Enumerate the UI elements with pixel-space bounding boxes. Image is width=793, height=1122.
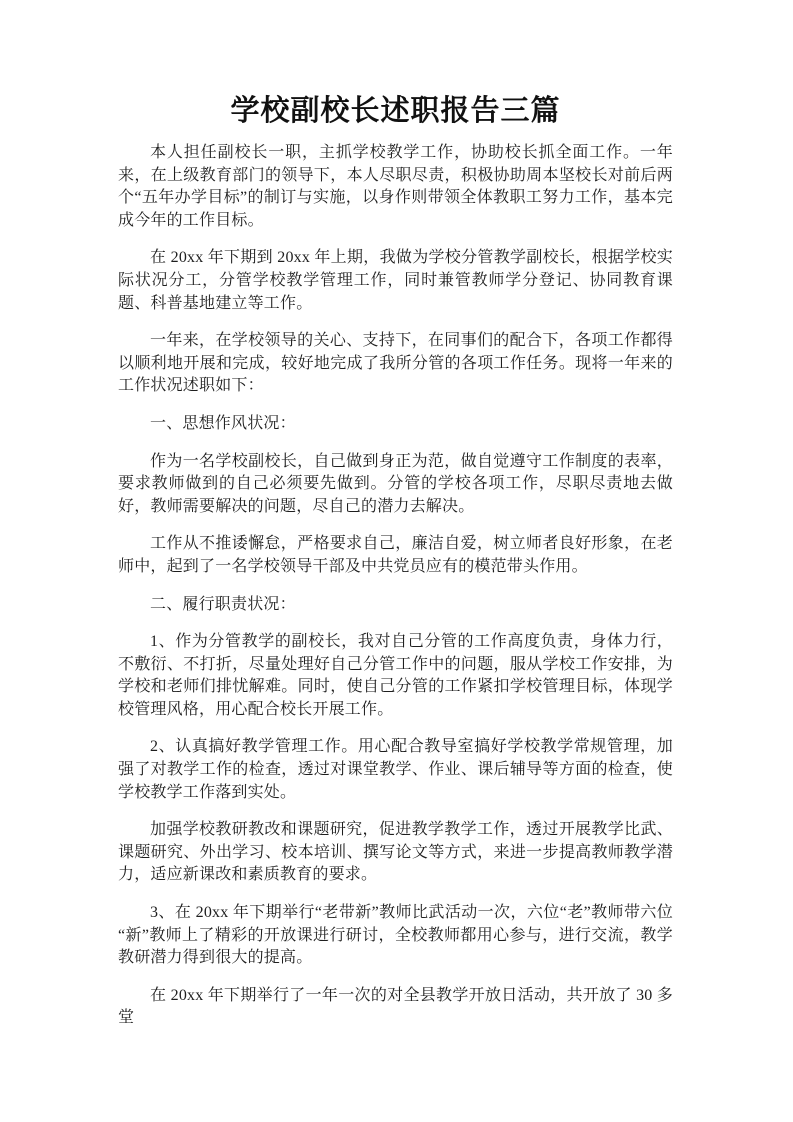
paragraph-intro: 本人担任副校长一职，主抓学校教学工作，协助校长抓全面工作。一年来，在上级教育部门… bbox=[118, 142, 673, 232]
document-title: 学校副校长述职报告三篇 bbox=[118, 92, 673, 130]
paragraph-duty-3: 3、在 20xx 年下期举行“老带新”教师比武活动一次，六位“老”教师带六位“新… bbox=[118, 902, 673, 970]
paragraph-duty-2: 2、认真搞好教学管理工作。用心配合教导室搞好学校教学常规管理，加强了对教学工作的… bbox=[118, 736, 673, 804]
paragraph-conduct-1: 作为一名学校副校长，自己做到身正为范，做自觉遵守工作制度的表率，要求教师做到的自… bbox=[118, 451, 673, 519]
document-body: 本人担任副校长一职，主抓学校教学工作，协助校长抓全面工作。一年来，在上级教育部门… bbox=[118, 142, 673, 1030]
paragraph-duty-2b: 加强学校教研教改和课题研究，促进教学教学工作，透过开展教学比武、课题研究、外出学… bbox=[118, 819, 673, 887]
paragraph-overview: 一年来，在学校领导的关心、支持下，在同事们的配合下，各项工作都得以顺利地开展和完… bbox=[118, 330, 673, 398]
section-heading-2: 二、履行职责状况： bbox=[118, 594, 673, 617]
paragraph-duty-1: 1、作为分管教学的副校长，我对自己分管的工作高度负责，身体力行，不敷衍、不打折，… bbox=[118, 631, 673, 721]
paragraph-term: 在 20xx 年下期到 20xx 年上期，我做为学校分管教学副校长，根据学校实际… bbox=[118, 247, 673, 315]
paragraph-duty-3b: 在 20xx 年下期举行了一年一次的对全县教学开放日活动，共开放了 30 多堂 bbox=[118, 985, 673, 1030]
section-heading-1: 一、思想作风状况： bbox=[118, 413, 673, 436]
document-page: 学校副校长述职报告三篇 本人担任副校长一职，主抓学校教学工作，协助校长抓全面工作… bbox=[0, 0, 793, 1122]
paragraph-conduct-2: 工作从不推诿懈怠，严格要求自己，廉洁自爱，树立师者良好形象，在老师中，起到了一名… bbox=[118, 533, 673, 578]
